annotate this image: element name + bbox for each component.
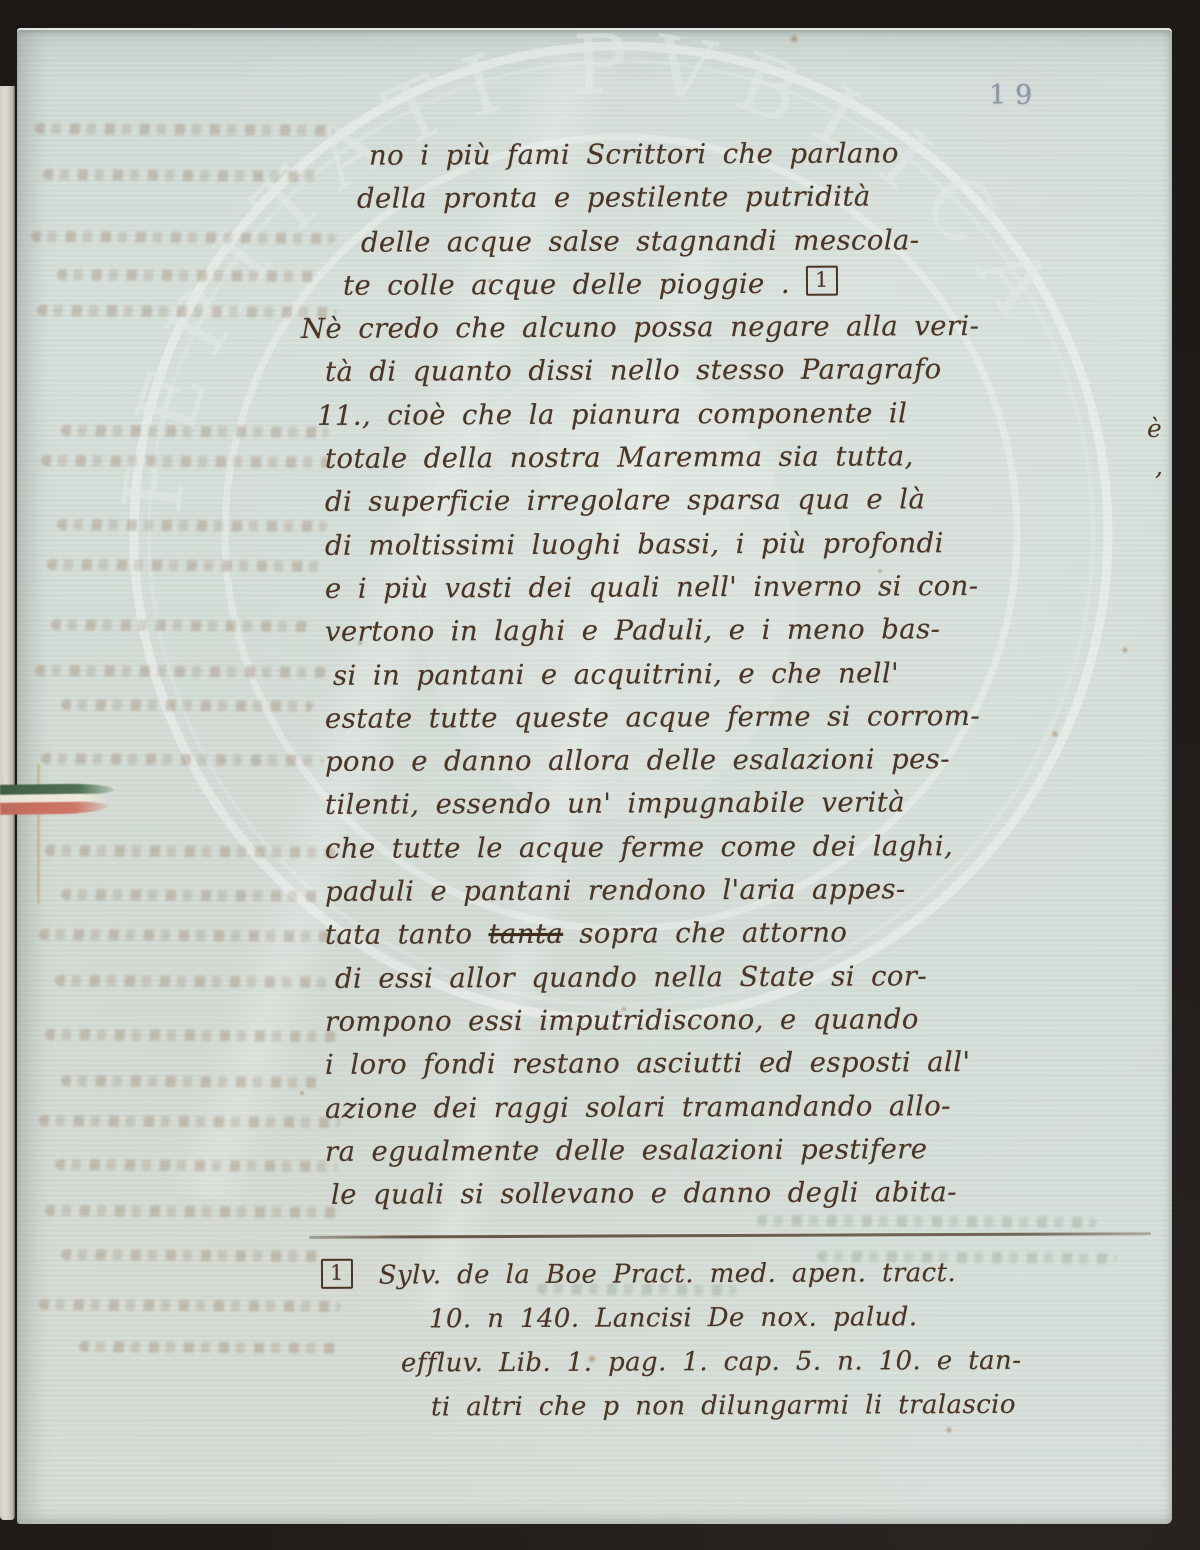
bleedthrough-line (47, 559, 327, 572)
foxing-spot (299, 1090, 305, 1096)
struck-word: tanta (488, 918, 563, 950)
footnote-line: 10. n 140. Lancisi De nox. palud. (313, 1296, 1173, 1344)
footnote-block: 1Sylv. de la Boe Pract. med. apen. tract… (313, 1254, 1173, 1430)
manuscript-line: di moltissimi luoghi bassi, i più profon… (317, 522, 1187, 569)
manuscript-page: PERITATI PVBLICA 19 no i più fami Scritt… (17, 28, 1172, 1524)
bleedthrough-line (37, 305, 337, 318)
bleedthrough-line (51, 619, 313, 632)
bleedthrough-line (61, 699, 313, 712)
manuscript-line: della pronta e pestilente putridità (317, 175, 1187, 222)
line-text: sopra che attorno (563, 917, 847, 950)
manuscript-line: pono e danno allora delle esalazioni pes… (317, 738, 1187, 785)
tricolor-ribbon-bookmark (0, 783, 120, 821)
bleedthrough-line (39, 1115, 341, 1128)
manuscript-line: vertono in laghi e Paduli, e i meno bas- (317, 608, 1187, 655)
manuscript-line: tà di quanto dissi nello stesso Paragraf… (317, 349, 1187, 396)
footnote-line: ti altri che p non dilungarmi li tralasc… (313, 1384, 1173, 1432)
bleedthrough-line (41, 753, 323, 766)
manuscript-line: i loro fondi restano asciutti ed esposti… (317, 1041, 1187, 1088)
manuscript-line: 11., cioè che la pianura componente il (317, 392, 1187, 439)
footnote-marker-box: 1 (321, 1259, 353, 1289)
bleedthrough-line (61, 1249, 323, 1262)
bleedthrough-line (39, 1299, 341, 1312)
manuscript-line: azione dei raggi solari tramandando allo… (317, 1085, 1187, 1132)
manuscript-line: Nè credo che alcuno possa negare alla ve… (317, 305, 1187, 352)
ribbon-red-stripe (0, 801, 108, 815)
bleedthrough-line (61, 889, 323, 902)
manuscript-line: estate tutte queste acque ferme si corro… (317, 695, 1187, 742)
bleedthrough-line (55, 975, 327, 988)
manuscript-line: rompono essi imputridiscono, e quando (317, 998, 1187, 1045)
manuscript-line: paduli e pantani rendono l'aria appes- (317, 868, 1187, 915)
manuscript-line: tilenti, essendo un' impugnabile verità (317, 782, 1187, 829)
bleedthrough-line (35, 123, 335, 136)
page-number-stamp: 19 (989, 80, 1041, 111)
bleedthrough-line (57, 519, 327, 532)
manuscript-line: si in pantani e acquitrini, e che nell' (317, 652, 1187, 699)
line-text: te colle acque delle pioggie . (343, 268, 790, 302)
line-text: tata tanto (325, 918, 489, 951)
bleedthrough-line (757, 1215, 1097, 1228)
bleedthrough-line (39, 929, 339, 942)
manuscript-line: no i più fami Scrittori che parlano (317, 132, 1187, 179)
footnote-line: effluv. Lib. 1. pag. 1. cap. 5. n. 10. e… (313, 1340, 1173, 1388)
manuscript-line: ra egualmente delle esalazioni pestifere (317, 1128, 1187, 1175)
bleedthrough-line (45, 845, 335, 858)
bleedthrough-line (45, 1029, 337, 1042)
margin-comma: , (1155, 452, 1163, 481)
manuscript-line: delle acque salse stagnandi mescola- (317, 219, 1187, 266)
bleedthrough-line (31, 231, 336, 244)
manuscript-line: le quali si sollevano e danno degli abit… (317, 1171, 1187, 1218)
bleedthrough-line (57, 269, 317, 282)
manuscript-line-with-strikethrough: tata tanto tanta sopra che attorno (317, 911, 1187, 958)
bleedthrough-line (61, 425, 329, 438)
margin-note: è (1147, 414, 1162, 443)
manuscript-line: totale della nostra Maremma sia tutta, (317, 435, 1187, 482)
bleedthrough-line (41, 455, 331, 468)
footnote-line: 1Sylv. de la Boe Pract. med. apen. tract… (313, 1252, 1173, 1300)
bleedthrough-line (45, 1205, 337, 1218)
manuscript-line: di essi allor quando nella State si cor- (317, 955, 1187, 1002)
footnote-text: Sylv. de la Boe Pract. med. apen. tract. (379, 1258, 957, 1291)
foxing-spot (789, 34, 799, 44)
bleedthrough-line (43, 169, 323, 182)
manuscript-line: e i più vasti dei quali nell' inverno si… (317, 565, 1187, 612)
bleedthrough-line (55, 1159, 337, 1172)
manuscript-line: te colle acque delle pioggie .1 (317, 262, 1187, 309)
bleedthrough-line (79, 1341, 341, 1354)
manuscript-line: di superficie irregolare sparsa qua e là (317, 478, 1187, 525)
footnote-reference-box: 1 (806, 266, 838, 296)
main-text-block: no i più fami Scrittori che parlano dell… (317, 134, 1187, 1216)
bleedthrough-line (61, 1075, 323, 1088)
footnote-separator-line (309, 1232, 1151, 1239)
bleedthrough-line (35, 665, 327, 678)
manuscript-line: che tutte le acque ferme come dei laghi, (317, 825, 1187, 872)
manuscript-scan: PERITATI PVBLICA 19 no i più fami Scritt… (0, 0, 1200, 1550)
